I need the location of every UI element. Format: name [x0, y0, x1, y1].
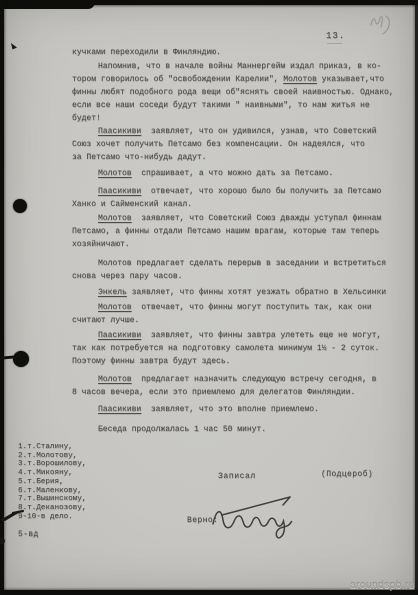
paragraph: Паасикиви заявляет, что он удивился, узн…	[72, 125, 410, 164]
list-item: 6.т.Маленкову,	[18, 487, 86, 496]
speaker-name: Молотов	[98, 259, 132, 268]
recorder-name: (Подцероб)	[321, 470, 373, 479]
paragraph: Молотов отвечает, что финны могут поступ…	[72, 301, 410, 327]
list-item: 1.т.Сталину,	[18, 443, 86, 452]
speaker-name: Молотов	[98, 169, 132, 178]
paragraph: Молотов предлагает назначить следующую в…	[72, 373, 410, 399]
list-item: 3.т.Ворошилову,	[18, 460, 86, 469]
speaker-name: Паасикиви	[98, 187, 141, 196]
scan-blemish	[0, 538, 5, 544]
speaker-name: Паасикиви	[98, 127, 141, 136]
speaker-name: Молотов	[98, 214, 132, 223]
list-item: 5.т.Берия,	[18, 478, 86, 487]
paragraph-text: Беседа продолжалась 1 час 50 минут.	[98, 425, 266, 434]
paragraph: Паасикиви заявляет, что финны завтра уле…	[72, 329, 410, 368]
paragraph: Паасикиви заявляет, что это вполне прием…	[72, 403, 410, 416]
scanned-document-page: 13. кучками переходили в Финляндию.Напом…	[0, 0, 418, 595]
list-item: 4.т.Микояну,	[18, 469, 86, 478]
speaker-name: Паасикиви	[98, 331, 141, 340]
pencil-scribble-icon	[364, 8, 396, 38]
paragraph-text: спрашивает, а что можно дать за Петсамо.	[132, 169, 334, 178]
speaker-name: Энкель	[98, 288, 127, 297]
page-number: 13.	[326, 31, 345, 41]
document-body: кучками переходили в Финляндию.Напомнив,…	[72, 46, 410, 436]
paragraph-text: заявляет, что это вполне приемлемо.	[141, 405, 319, 414]
paragraph: Молотов заявляет, что Советский Союз два…	[72, 212, 410, 251]
paragraph: Молотов спрашивает, а что можно дать за …	[72, 167, 410, 180]
paragraph: кучками переходили в Финляндию.	[72, 46, 410, 59]
ink-fleck-icon	[10, 42, 20, 52]
hole-punch-icon	[13, 199, 27, 213]
paragraph: Молотов предлагает сделать перерыв в зас…	[72, 257, 410, 283]
paragraph-text: заявляет, что финны хотят уезжать обратн…	[127, 288, 386, 297]
paragraph-text: кучками переходили в Финляндию.	[72, 48, 221, 57]
speaker-name: Молотов	[98, 303, 132, 312]
speaker-name: Молотов	[283, 75, 317, 84]
handwritten-signature-icon	[208, 486, 323, 546]
recorded-label: Записал	[218, 472, 256, 481]
archive-code: 5-вд	[18, 531, 39, 539]
paragraph: Паасикиви отвечает, что хорошо было бы п…	[72, 185, 410, 211]
hole-punch-icon	[13, 351, 29, 367]
watermark: aroundspb.ru	[350, 580, 415, 591]
scan-corner-top-left	[0, 0, 95, 9]
speaker-name: Молотов	[98, 375, 132, 384]
paragraph: Энкель заявляет, что финны хотят уезжать…	[72, 286, 410, 299]
speaker-name: Паасикиви	[98, 405, 141, 414]
paragraph: Напомнив, что в начале войны Маннергейм …	[72, 60, 410, 125]
pen-arrow-icon	[0, 504, 38, 524]
paragraph: Беседа продолжалась 1 час 50 минут.	[72, 423, 410, 436]
list-item: 7.т.Вышинскому,	[18, 495, 86, 504]
